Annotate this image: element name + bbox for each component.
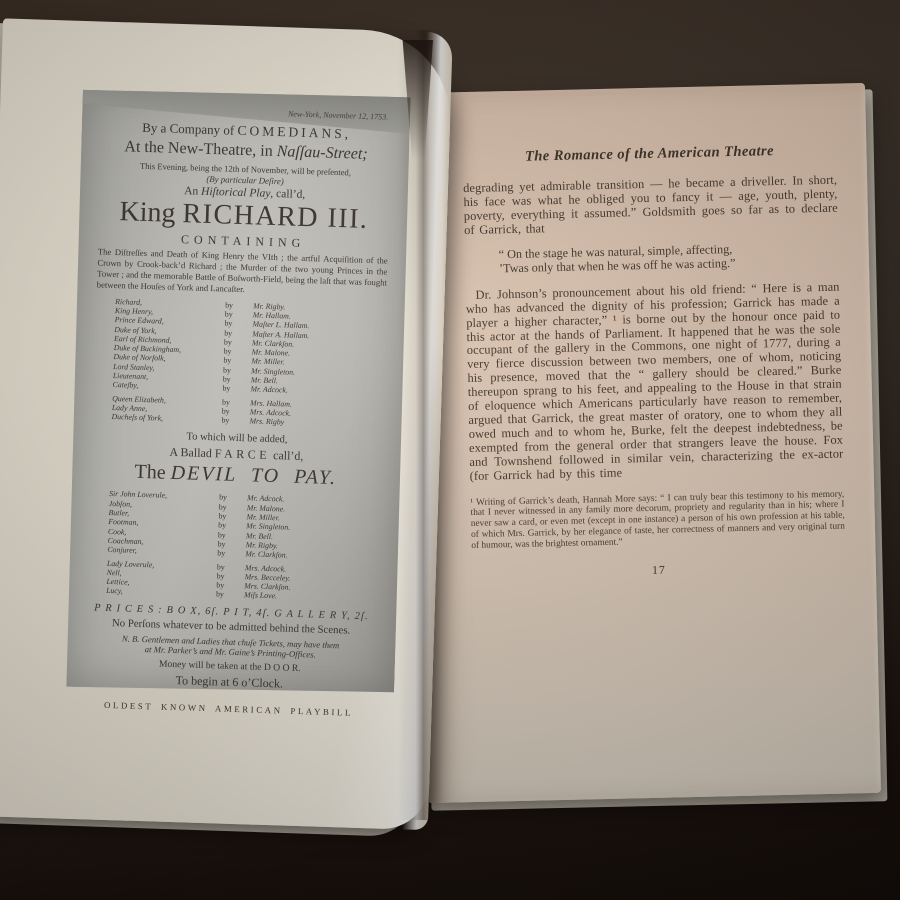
playbill-plate-photo: New-York, November 12, 1753. By a Compan… [64,87,413,697]
cast-list-richard-women: Queen Elizabeth, by Mrs. Hallam. Lady An… [111,394,364,430]
running-head: The Romance of the American Theatre [462,142,836,167]
cast-list-farce-women: Lady Loverule, by Mrs. Adcock. Nell, by … [106,558,359,603]
cast-by: by [211,548,245,558]
cast-role: Conjurer, [107,545,211,558]
cast-role: Ducheſs of York, [111,412,215,425]
cast-role: Lucy, [106,586,210,599]
farce-title-italic: DEVIL TO PAY. [170,462,337,489]
play-italic: Hiſtorical Play [201,186,271,200]
cast-by: by [216,384,250,394]
right-page-text-block: The Romance of the American Theatre degr… [413,83,876,583]
cast-list-farce-men: Sir John Loverule, by Mr. Adcock. Jobſon… [107,489,361,562]
company-pre: By a Company of [142,120,235,138]
footnote: ¹ Writing of Garrick’s death, Hannah Mor… [470,489,845,552]
playbill-synopsis: The Diſtreſſes and Death of King Henry t… [97,246,388,299]
play-post: , call’d, [270,188,305,201]
cast-role: Cateſby, [112,380,216,393]
farce-caps: FARCE [215,447,271,463]
cast-by: by [215,415,249,425]
farce-post: call’d, [273,449,304,464]
right-page: The Romance of the American Theatre degr… [413,83,881,803]
farce-pre: A Ballad [169,445,212,460]
verse-quote: “ On the stage he was natural, simple, a… [499,239,840,276]
title-caps: RICHARD III. [182,198,369,235]
body-paragraph-1: degrading yet admirable transition — he … [463,174,838,238]
cast-by: by [210,590,244,600]
theatre-street: Naſſau-Street; [276,143,367,163]
cast-list-richard-men: Richard, by Mr. Rigby. King Henry, by Mr… [112,297,367,398]
farce-title-pre: The [134,461,166,484]
theatre-pre: At the New-Theatre, in [124,138,273,160]
company-caps: COMEDIANS, [237,123,351,142]
body-paragraph-2: Dr. Johnson’s pronouncement about his ol… [465,280,843,483]
page-number: 17 [472,559,846,582]
play-pre: An [184,185,198,197]
left-page: New-York, November 12, 1753. By a Compan… [0,18,453,830]
title-lead: King [119,196,176,229]
plate-caption: OLDEST KNOWN AMERICAN PLAYBILL [63,699,393,719]
playbill-text: New-York, November 12, 1753. By a Compan… [64,87,413,695]
book-photo: The Romance of the American Theatre degr… [0,0,900,900]
